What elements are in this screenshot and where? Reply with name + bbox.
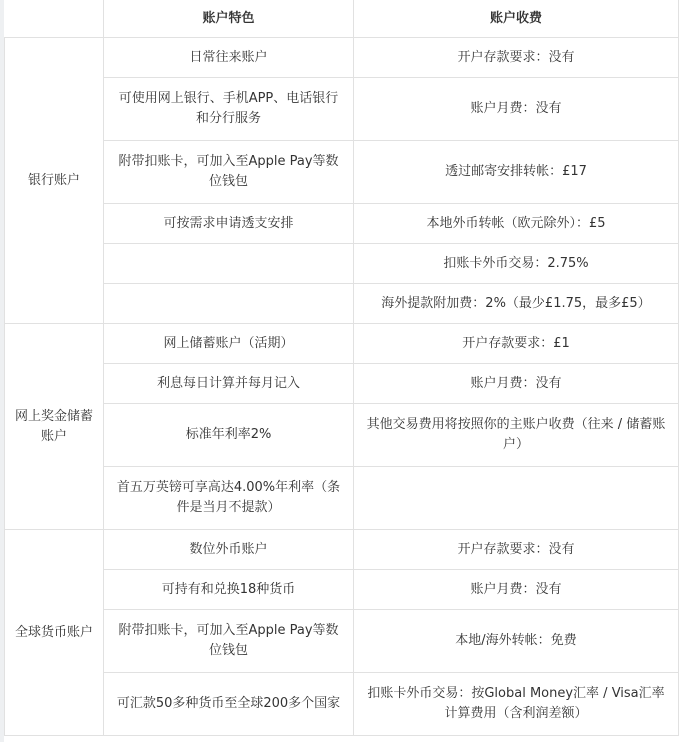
feature-cell: 可按需求申请透支安排 bbox=[104, 204, 354, 244]
feature-cell: 利息每日计算并每月记入 bbox=[104, 364, 354, 404]
fee-cell: 扣账卡外币交易：按Global Money汇率 / Visa汇率计算费用（含利润… bbox=[354, 673, 679, 736]
feature-cell: 附带扣账卡，可加入至Apple Pay等数位钱包 bbox=[104, 141, 354, 204]
fee-cell: 开户存款要求：没有 bbox=[354, 38, 679, 78]
group-label-bank-account: 银行账户 bbox=[5, 38, 104, 324]
feature-cell-empty bbox=[104, 244, 354, 284]
table-row: 可汇款50多种货币至全球200多个国家 扣账卡外币交易：按Global Mone… bbox=[5, 673, 679, 736]
header-account-type bbox=[5, 0, 104, 38]
group-label-global-currency-account: 全球货币账户 bbox=[5, 530, 104, 736]
table-row: 利息每日计算并每月记入 账户月费：没有 bbox=[5, 364, 679, 404]
table-row: 可持有和兑换18种货币 账户月费：没有 bbox=[5, 570, 679, 610]
table-row: 首五万英镑可享高达4.00%年利率（条件是当月不提款） bbox=[5, 467, 679, 530]
group-label-online-bonus-savings: 网上奖金储蓄账户 bbox=[5, 324, 104, 530]
fee-cell: 海外提款附加费：2%（最少£1.75，最多£5） bbox=[354, 284, 679, 324]
fee-cell: 其他交易费用将按照你的主账户收费（往来 / 储蓄账户） bbox=[354, 404, 679, 467]
fee-cell: 账户月费：没有 bbox=[354, 570, 679, 610]
table-row: 可使用网上银行、手机APP、电话银行和分行服务 账户月费：没有 bbox=[5, 78, 679, 141]
feature-cell: 数位外币账户 bbox=[104, 530, 354, 570]
feature-cell: 可持有和兑换18种货币 bbox=[104, 570, 354, 610]
fee-cell: 本地外币转帐（欧元除外）：£5 bbox=[354, 204, 679, 244]
feature-cell: 日常往来账户 bbox=[104, 38, 354, 78]
fee-cell: 账户月费：没有 bbox=[354, 78, 679, 141]
feature-cell: 首五万英镑可享高达4.00%年利率（条件是当月不提款） bbox=[104, 467, 354, 530]
table-row: 海外提款附加费：2%（最少£1.75，最多£5） bbox=[5, 284, 679, 324]
feature-cell: 可使用网上银行、手机APP、电话银行和分行服务 bbox=[104, 78, 354, 141]
table-row: 网上奖金储蓄账户 网上储蓄账户（活期） 开户存款要求：£1 bbox=[5, 324, 679, 364]
fee-cell: 开户存款要求：没有 bbox=[354, 530, 679, 570]
fee-cell-empty bbox=[354, 467, 679, 530]
table-header-row: 账户特色 账户收费 bbox=[5, 0, 679, 38]
feature-cell-empty bbox=[104, 284, 354, 324]
fee-cell: 透过邮寄安排转帐：£17 bbox=[354, 141, 679, 204]
header-account-fees: 账户收费 bbox=[354, 0, 679, 38]
table-row: 全球货币账户 数位外币账户 开户存款要求：没有 bbox=[5, 530, 679, 570]
fee-cell: 开户存款要求：£1 bbox=[354, 324, 679, 364]
feature-cell: 标准年利率2% bbox=[104, 404, 354, 467]
table-row: 扣账卡外币交易：2.75% bbox=[5, 244, 679, 284]
fee-cell: 扣账卡外币交易：2.75% bbox=[354, 244, 679, 284]
table-row: 标准年利率2% 其他交易费用将按照你的主账户收费（往来 / 储蓄账户） bbox=[5, 404, 679, 467]
feature-cell: 附带扣账卡，可加入至Apple Pay等数位钱包 bbox=[104, 610, 354, 673]
table-row: 附带扣账卡，可加入至Apple Pay等数位钱包 本地/海外转帐：免费 bbox=[5, 610, 679, 673]
feature-cell: 网上储蓄账户（活期） bbox=[104, 324, 354, 364]
table-row: 可按需求申请透支安排 本地外币转帐（欧元除外）：£5 bbox=[5, 204, 679, 244]
header-account-features: 账户特色 bbox=[104, 0, 354, 38]
feature-cell: 可汇款50多种货币至全球200多个国家 bbox=[104, 673, 354, 736]
fee-cell: 本地/海外转帐：免费 bbox=[354, 610, 679, 673]
account-fees-table: 账户特色 账户收费 银行账户 日常往来账户 开户存款要求：没有 可使用网上银行、… bbox=[4, 0, 679, 736]
fee-cell: 账户月费：没有 bbox=[354, 364, 679, 404]
table-row: 银行账户 日常往来账户 开户存款要求：没有 bbox=[5, 38, 679, 78]
table-row: 附带扣账卡，可加入至Apple Pay等数位钱包 透过邮寄安排转帐：£17 bbox=[5, 141, 679, 204]
